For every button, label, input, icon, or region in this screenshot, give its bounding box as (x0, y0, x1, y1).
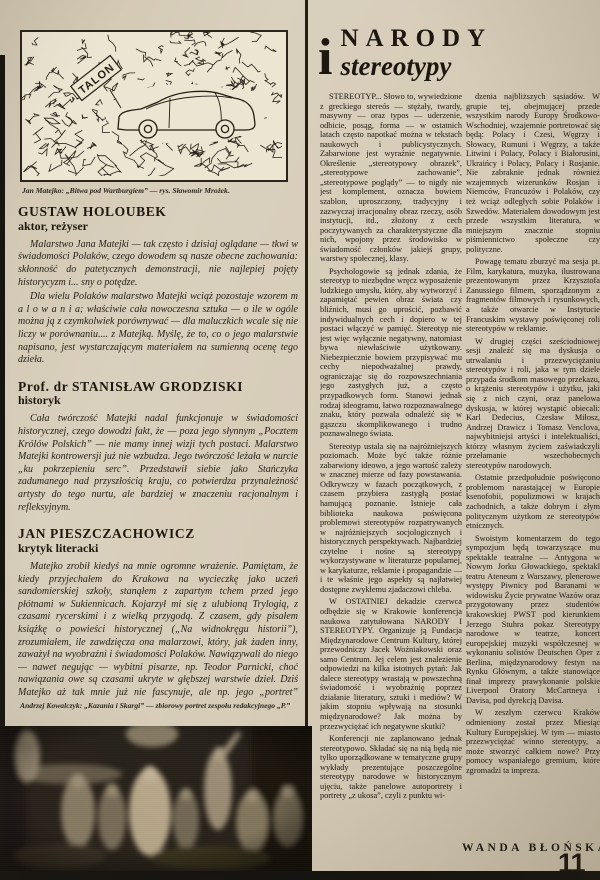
illustration-caption: Jan Matejko: „Bitwa pod Wartburgiem” — r… (22, 186, 290, 195)
paragraph: Powagę tematu zburzyć ma sesja pt. Film,… (466, 257, 600, 333)
paragraph: Ostatnie przedpołudnie poświęcono proble… (466, 473, 600, 530)
section-author-name: Prof. dr STANISŁAW GRODZISKI (18, 380, 298, 395)
group-portrait-photo (0, 726, 312, 872)
paragraph: W OSTATNIEJ dekadzie czerwca odbędzie si… (320, 597, 462, 731)
section-author-role: historyk (18, 394, 298, 407)
section-paragraphs: Matejko zrobił kiedyś na mnie ogromne wr… (18, 561, 298, 699)
section-paragraphs: Cała twórczość Matejki nadal funkcjonuje… (18, 413, 298, 514)
paragraph: Swoistym komentarzem do tego sympozjum b… (466, 534, 600, 706)
mrozek-drawing: TALON (20, 30, 288, 182)
section-paragraphs: Malarstwo Jana Matejki — tak często i dz… (18, 239, 298, 367)
headline-line2: stereotypy (340, 53, 492, 80)
article-column-2: dzenia najbliższych sąsiadów. W grupie t… (466, 92, 600, 836)
article-headline: i NARODY stereotypy (318, 26, 492, 82)
paragraph: Cała twórczość Matejki nadal funkcjonuje… (18, 413, 298, 514)
paragraph: W zeszłym czerwcu Kraków odmieniony zost… (466, 708, 600, 775)
section-holoubek: GUSTAW HOLOUBEK aktor, reżyser Malarstwo… (18, 205, 298, 367)
headline-line1: NARODY (340, 26, 492, 52)
photo-caption: Andrzej Kowalczyk: „Kazania i Skargi” — … (20, 701, 292, 711)
article-column-1: STEREOTYP... Słowo to, wywiedzione z gre… (320, 92, 462, 856)
talon-sign: TALON (71, 56, 121, 101)
paragraph: Malarstwo Jana Matejki — tak często i dz… (18, 239, 298, 289)
section-author-name: JAN PIESZCZACHOWICZ (18, 527, 298, 542)
paragraph: Konferencji nie zaplanowano jednak stere… (320, 734, 462, 801)
section-grodziski: Prof. dr STANISŁAW GRODZISKI historyk Ca… (18, 380, 298, 515)
paragraph: W drugiej części sześciodniowej sesji zn… (466, 337, 600, 471)
headline-letter-i: i (318, 34, 332, 82)
interview-sections: GUSTAW HOLOUBEK aktor, reżyser Malarstwo… (18, 205, 298, 699)
magazine-page: TALON Jan Matejko: „Bitwa pod Wartburgie… (0, 0, 600, 880)
paragraph: STEREOTYP... Słowo to, wywiedzione z gre… (320, 92, 462, 264)
section-author-role: krytyk literacki (18, 542, 298, 555)
section-author-role: aktor, reżyser (18, 220, 298, 233)
crowd-battle-drawing: TALON (22, 32, 282, 176)
paragraph: dzenia najbliższych sąsiadów. W grupie t… (466, 92, 600, 254)
section-pieszczachowicz: JAN PIESZCZACHOWICZ krytyk literacki Mat… (18, 527, 298, 699)
paragraph: Stereotyp ustala się na najróżniejszych … (320, 442, 462, 595)
page-edge-bottom (0, 871, 600, 880)
paragraph: Dla wielu Polaków malarstwo Matejki wcią… (18, 291, 298, 367)
section-author-name: GUSTAW HOLOUBEK (18, 205, 298, 220)
paragraph: Psychologowie są jednak zdania, że stere… (320, 267, 462, 439)
paragraph: Matejko zrobił kiedyś na mnie ogromne wr… (18, 561, 298, 699)
